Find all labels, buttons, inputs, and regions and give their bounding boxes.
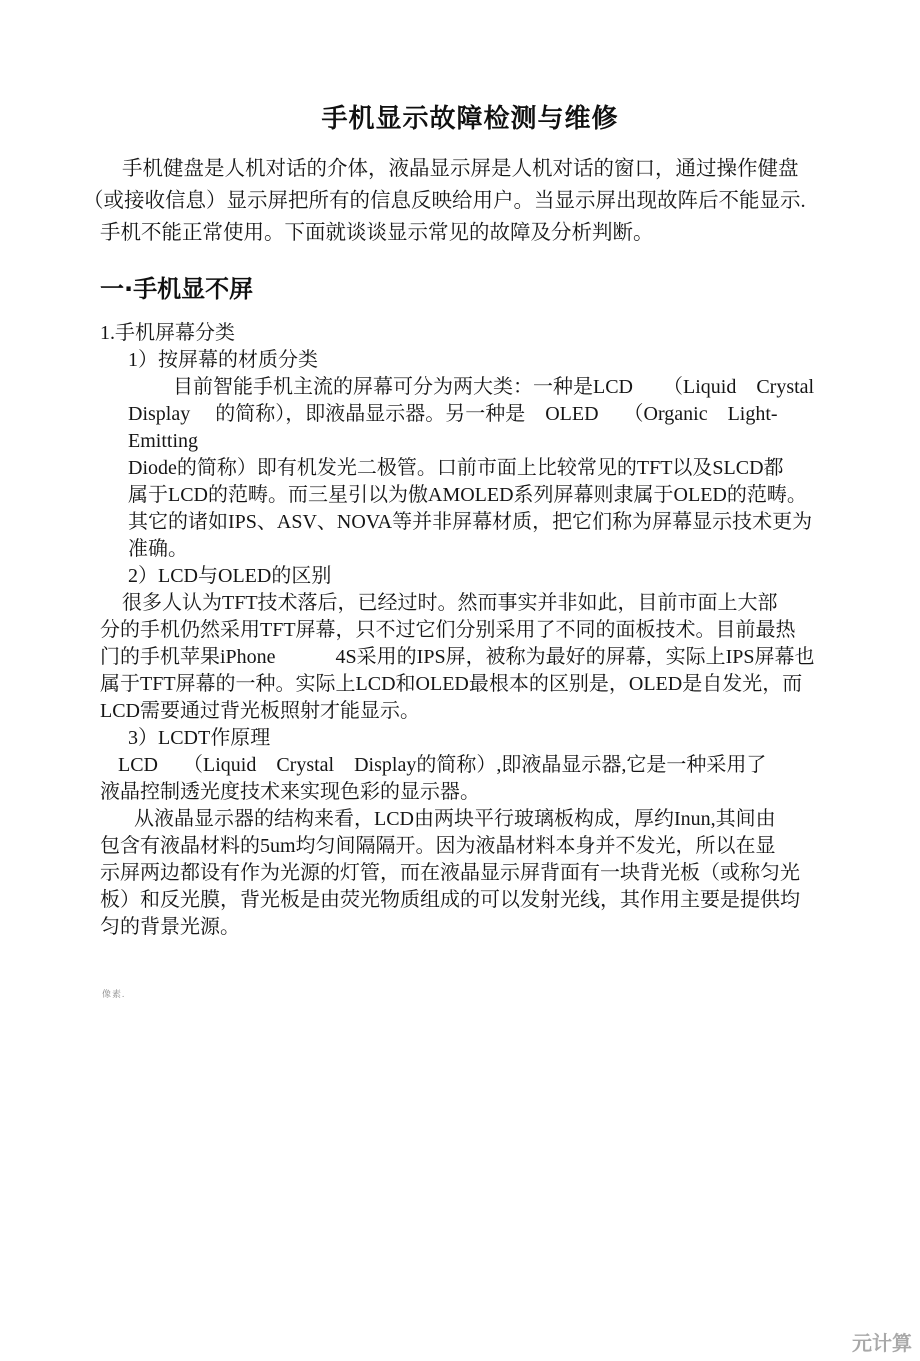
text-line: 属于LCD的范畴。而三星引以为傲AMOLED系列屏幕则隶属于OLED的范畴。 bbox=[128, 482, 860, 509]
text-line: 很多人认为TFT技术落后，已经过时。然而事实并非如此，目前市面上大部 bbox=[122, 590, 860, 617]
text-line: 液晶控制透光度技术来实现色彩的显示器。 bbox=[100, 779, 860, 806]
intro-paragraph: 手机健盘是人机对话的介体，液晶显示屏是人机对话的窗口，通过操作健盘（或接收信息）… bbox=[100, 153, 840, 249]
text-line: Diode的简称）即有机发光二极管。口前市面上比较常见的TFT以及SLCD都 bbox=[128, 455, 860, 482]
text-line: LCD需要通过背光板照射才能显示。 bbox=[100, 698, 860, 725]
text-line: 1.手机屏幕分类 bbox=[100, 320, 860, 347]
text-line: 目前智能手机主流的屏幕可分为两大类：一种是LCD （Liquid Crystal bbox=[173, 374, 860, 401]
text-line: LCD （Liquid Crystal Display的简称）,即液晶显示器,它… bbox=[118, 752, 860, 779]
stray-note: 像素. bbox=[102, 987, 840, 1000]
watermark: 元计算 bbox=[852, 1327, 912, 1356]
text-line: 准确。 bbox=[128, 536, 860, 563]
text-line: 1）按屏幕的材质分类 bbox=[128, 347, 860, 374]
text-line: 示屏两边都设有作为光源的灯管，而在液晶显示屏背面有一块背光板（或称匀光 bbox=[100, 860, 860, 887]
section-body: 1.手机屏幕分类1）按屏幕的材质分类目前智能手机主流的屏幕可分为两大类：一种是L… bbox=[100, 320, 860, 941]
text-line: 从液晶显示器的结构来看，LCD由两块平行玻璃板构成，厚约Inun,其间由 bbox=[134, 806, 860, 833]
document-page: 手机显示故障检测与维修 手机健盘是人机对话的介体，液晶显示屏是人机对话的窗口，通… bbox=[0, 0, 920, 1361]
text-line: 匀的背景光源。 bbox=[100, 914, 860, 941]
text-line: 其它的诸如IPS、ASV、NOVA等并非屏幕材质，把它们称为屏幕显示技术更为 bbox=[128, 509, 860, 536]
text-line: （或接收信息）显示屏把所有的信息反映给用户。当显示屏出现故阵后不能显示. bbox=[83, 185, 840, 217]
section-heading: 一·手机显不屏 bbox=[100, 269, 840, 304]
text-line: 包含有液晶材料的5um均匀间隔隔开。因为液晶材料本身并不发光，所以在显 bbox=[100, 833, 860, 860]
text-line: 门的手机苹果iPhone 4S采用的IPS屏，被称为最好的屏幕，实际上IPS屏幕… bbox=[100, 644, 860, 671]
text-line: 属于TFT屏幕的一种。实际上LCD和OLED最根本的区别是，OLED是自发光，而 bbox=[100, 671, 860, 698]
text-line: 板）和反光膜，背光板是由荧光物质组成的可以发射光线，其作用主要是提供均 bbox=[100, 887, 860, 914]
text-line: Display 的简称），即液晶显示器。另一种是 OLED （Organic L… bbox=[128, 401, 860, 428]
text-line: 分的手机仍然采用TFT屏幕，只不过它们分别采用了不同的面板技术。目前最热 bbox=[100, 617, 860, 644]
document-title: 手机显示故障检测与维修 bbox=[100, 0, 840, 135]
text-line: 手机健盘是人机对话的介体，液晶显示屏是人机对话的窗口，通过操作健盘 bbox=[122, 153, 840, 185]
text-line: 手机不能正常使用。下面就谈谈显示常见的故障及分析判断。 bbox=[100, 217, 840, 249]
text-line: 3）LCDT作原理 bbox=[128, 725, 860, 752]
text-line: Emitting bbox=[128, 428, 860, 455]
text-line: 2）LCD与OLED的区别 bbox=[128, 563, 860, 590]
